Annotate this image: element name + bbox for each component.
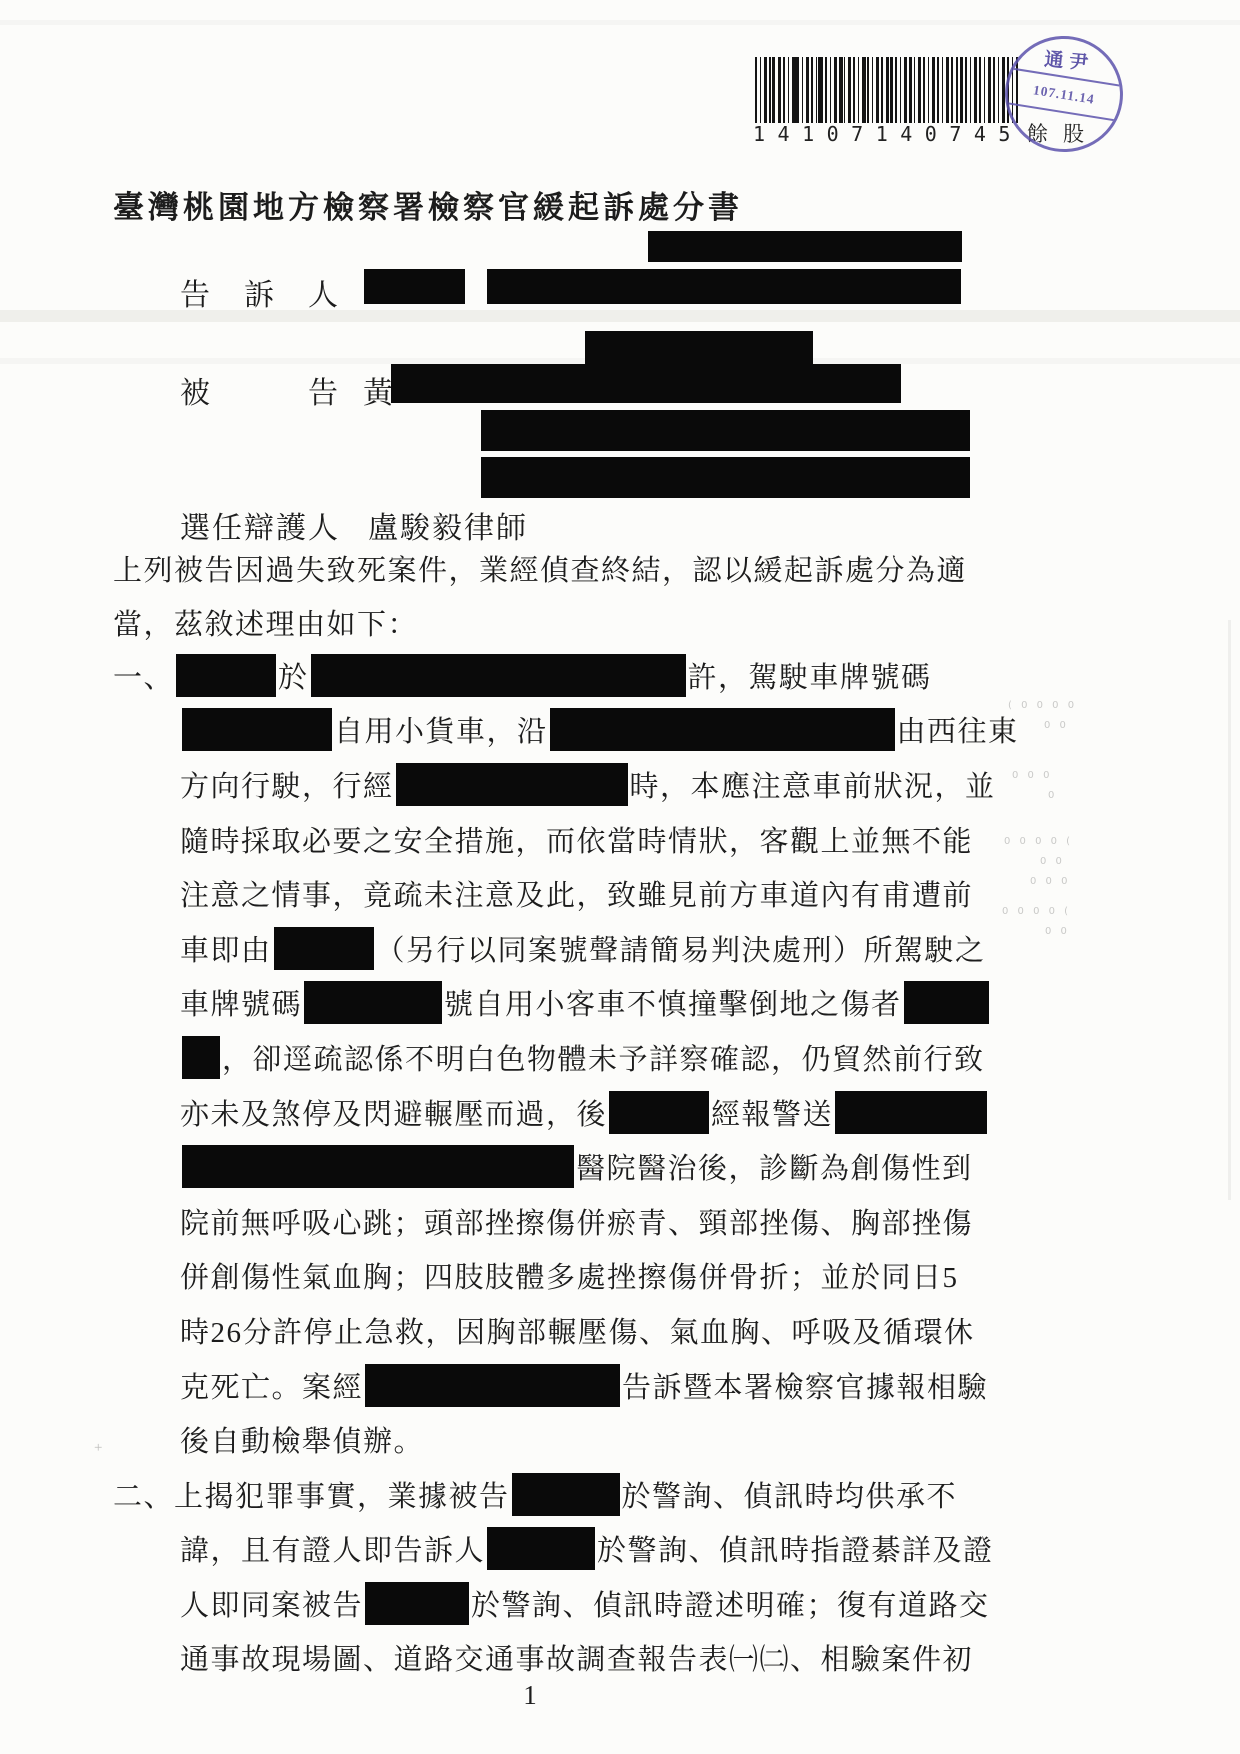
body-text: 院前無呼吸心跳；頭部挫擦傷併瘀青、頸部挫傷、胸部挫傷 <box>180 1201 973 1242</box>
document-page: 14107140745 餘股 通尹 107.11.14 臺灣桃園地方檢察署檢察官… <box>0 0 1240 1754</box>
redaction-box <box>396 763 628 806</box>
body-line: 通事故現場圖、道路交通事故調查報告表㈠㈡、相驗案件初 <box>0 1631 1240 1686</box>
redaction-box <box>365 1364 620 1407</box>
body-text: 人即同案被告 <box>180 1583 363 1624</box>
page-number: 1 <box>500 1680 560 1711</box>
redaction-box <box>274 927 374 970</box>
document-title: 臺灣桃園地方檢察署檢察官緩起訴處分書 <box>113 182 743 227</box>
redaction-box <box>182 708 332 751</box>
complainant-label: 告 訴 人 <box>180 270 340 314</box>
intro-line: 當，茲敘述理由如下： <box>113 602 418 643</box>
margin-pencil-mark: 0 <box>1048 790 1057 801</box>
body-lines: 一、於許，駕駛車牌號碼自用小貨車，沿由西往東方向行駛，行經時，本應注意車前狀況，… <box>0 648 1240 1685</box>
body-text: ，卻逕疏認係不明白色物體未予詳察確認，仍貿然前行致 <box>222 1037 985 1078</box>
body-text: 一、 <box>113 655 174 696</box>
body-text: 於警詢、偵訊時均供承不 <box>622 1474 958 1515</box>
body-line: 一、於許，駕駛車牌號碼 <box>0 648 1240 703</box>
body-line: 亦未及煞停及閃避輾壓而過，後經報警送 <box>0 1085 1240 1140</box>
body-line: 醫院醫治後，診斷為創傷性到 <box>0 1139 1240 1194</box>
body-text: 由西往東 <box>897 709 1019 750</box>
redaction-bar <box>481 410 970 451</box>
redaction-box <box>182 1036 220 1079</box>
body-text: 告訴暨本署檢察官據報相驗 <box>622 1365 988 1406</box>
body-line: 院前無呼吸心跳；頭部挫擦傷併瘀青、頸部挫傷、胸部挫傷 <box>0 1194 1240 1249</box>
redaction-bar <box>648 231 962 262</box>
redaction-bar <box>391 364 901 403</box>
body-text: 後自動檢舉偵辦。 <box>180 1419 424 1460</box>
redaction-box <box>609 1091 709 1134</box>
body-line: 方向行駛，行經時，本應注意車前狀況，並 <box>0 757 1240 812</box>
margin-pencil-mark: 0 0 <box>1044 720 1069 731</box>
body-text: 車即由 <box>180 928 272 969</box>
intro-line: 上列被告因過失致死案件，業經偵查終結，認以緩起訴處分為適 <box>113 548 967 589</box>
defendant-label: 被 告 <box>180 368 340 412</box>
body-line: 併創傷性氣血胸；四肢肢體多處挫擦傷併骨折；並於同日5 <box>0 1249 1240 1304</box>
body-line: 車牌號碼號自用小客車不慎撞擊倒地之傷者 <box>0 976 1240 1031</box>
redaction-box <box>487 1527 595 1570</box>
body-line: 人即同案被告於警詢、偵訊時證述明確；復有道路交 <box>0 1576 1240 1631</box>
scan-band-top <box>0 20 1240 25</box>
body-text: 車牌號碼 <box>180 982 302 1023</box>
redaction-box <box>311 654 686 697</box>
counsel-label: 選任辯護人 <box>180 503 340 547</box>
body-text: 亦未及煞停及閃避輾壓而過，後 <box>180 1092 607 1133</box>
redaction-bar <box>585 331 813 364</box>
body-text: 通事故現場圖、道路交通事故調查報告表㈠㈡、相驗案件初 <box>180 1637 973 1678</box>
margin-pencil-mark: 0 0 0 0 ( <box>1004 836 1073 847</box>
redaction-bar <box>481 457 970 498</box>
margin-pencil-mark: 0 0 <box>1040 856 1065 867</box>
body-text: 時，本應注意車前狀況，並 <box>630 764 996 805</box>
redaction-box <box>176 654 276 697</box>
margin-pencil-mark: 0 0 <box>1045 926 1070 937</box>
body-text: 諱，且有證人即告訴人 <box>180 1528 485 1569</box>
barcode <box>755 57 1018 123</box>
redaction-box <box>182 1145 574 1188</box>
body-text: 於警詢、偵訊時指證綦詳及證 <box>597 1528 994 1569</box>
redaction-bar <box>487 269 961 304</box>
body-line: ，卻逕疏認係不明白色物體未予詳察確認，仍貿然前行致 <box>0 1030 1240 1085</box>
redaction-box <box>365 1582 469 1625</box>
redaction-box <box>835 1091 987 1134</box>
body-text: 號自用小客車不慎撞擊倒地之傷者 <box>444 982 902 1023</box>
redaction-bar <box>364 269 465 304</box>
body-text: 於警詢、偵訊時證述明確；復有道路交 <box>471 1583 990 1624</box>
body-text: 於 <box>278 655 309 696</box>
margin-pencil-mark: 0 0 0 0 ( <box>1002 906 1071 917</box>
body-text: （另行以同案號聲請簡易判決處刑）所駕駛之 <box>376 928 986 969</box>
body-line: 二、上揭犯罪事實，業據被告於警詢、偵訊時均供承不 <box>0 1467 1240 1522</box>
body-text: 方向行駛，行經 <box>180 764 394 805</box>
body-text: 自用小貨車，沿 <box>334 709 548 750</box>
body-line: 後自動檢舉偵辦。 <box>0 1412 1240 1467</box>
body-text: 經報警送 <box>711 1092 833 1133</box>
body-text: 隨時採取必要之安全措施，而依當時情狀，客觀上並無不能 <box>180 819 973 860</box>
body-line: 諱，且有證人即告訴人於警詢、偵訊時指證綦詳及證 <box>0 1522 1240 1577</box>
body-text: 許，駕駛車牌號碼 <box>688 655 932 696</box>
body-text: 併創傷性氣血胸；四肢肢體多處挫擦傷併骨折；並於同日5 <box>180 1255 959 1296</box>
body-text: 二、上揭犯罪事實，業據被告 <box>113 1474 510 1515</box>
redaction-box <box>550 708 895 751</box>
margin-pencil-mark: 0 0 0 <box>1030 876 1070 887</box>
body-line: 克死亡。案經告訴暨本署檢察官據報相驗 <box>0 1358 1240 1413</box>
redaction-box <box>512 1473 620 1516</box>
body-text: 克死亡。案經 <box>180 1365 363 1406</box>
redaction-box <box>904 981 989 1024</box>
counsel-name: 盧駿毅律師 <box>368 503 528 547</box>
stamp-date: 107.11.14 <box>1032 82 1096 108</box>
body-text: 注意之情事，竟疏未注意及此，致雖見前方車道內有甫遭前 <box>180 873 973 914</box>
redaction-box <box>304 981 442 1024</box>
body-text: 醫院醫治後，診斷為創傷性到 <box>576 1146 973 1187</box>
faint-plus-mark: + <box>94 1440 102 1457</box>
margin-pencil-mark: 0 0 0 <box>1012 770 1052 781</box>
body-text: 時26分許停止急救，因胸部輾壓傷、氣血胸、呼吸及循環休 <box>180 1310 975 1351</box>
margin-pencil-mark: ( 0 0 0 0 <box>1008 700 1077 711</box>
barcode-digits: 14107140745 <box>753 122 1023 146</box>
body-line: 時26分許停止急救，因胸部輾壓傷、氣血胸、呼吸及循環休 <box>0 1303 1240 1358</box>
